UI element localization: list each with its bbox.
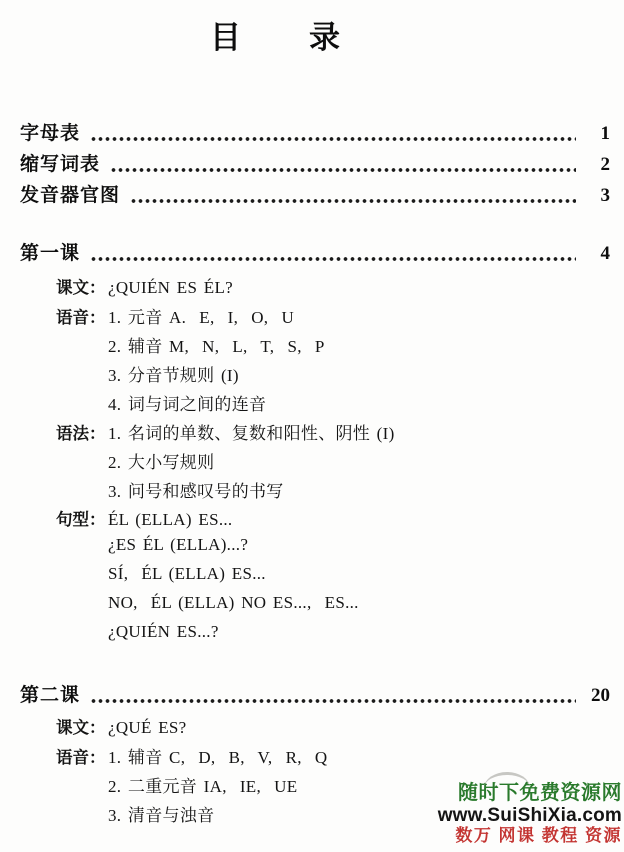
line-text: ¿ES ÉL (ELLA)...? — [108, 535, 248, 555]
entry-label: 字母表 — [20, 118, 80, 145]
line-label: 语法： — [56, 420, 108, 444]
toc-page: 目 录 字母表 1 缩写词表 2 发音器官图 3 第一课 4 — [0, 0, 624, 852]
entry-label: 发音器官图 — [20, 180, 120, 207]
lesson-title: 第二课 — [20, 680, 80, 707]
line-text: 3. 清音与浊音 — [108, 801, 214, 826]
dot-leader — [90, 256, 576, 262]
line-text: ÉL (ELLA) ES... — [108, 510, 232, 530]
page-number: 2 — [584, 154, 624, 176]
line-text: ¿QUÉ ES? — [108, 718, 187, 738]
lesson-line: 3. 问号和感叹号的书写 — [0, 477, 624, 506]
lesson-line: 2. 辅音 M, N, L, T, S, P — [0, 332, 624, 361]
line-text: 3. 问号和感叹号的书写 — [108, 477, 284, 502]
toc-entry-row: 字母表 1 — [0, 118, 624, 149]
line-text: SÍ, ÉL (ELLA) ES... — [108, 564, 266, 584]
lesson-line: ¿ES ÉL (ELLA)...? — [0, 535, 624, 564]
page-number: 4 — [584, 243, 624, 265]
line-text: 2. 辅音 M, N, L, T, S, P — [108, 332, 325, 357]
line-label: 课文： — [56, 714, 108, 738]
lesson-line: 4. 词与词之间的连音 — [0, 390, 624, 419]
watermark-url: www.SuiShiXia.com — [438, 805, 622, 826]
page-number: 1 — [584, 123, 624, 145]
line-text: 1. 名词的单数、复数和阳性、阴性 (I) — [108, 419, 395, 444]
toc-entry-row: 发音器官图 3 — [0, 180, 624, 211]
line-text: 4. 词与词之间的连音 — [108, 390, 266, 415]
line-text: 2. 二重元音 IA, IE, UE — [108, 772, 297, 797]
watermark-tagline: 数万 网课 教程 资源 — [438, 826, 622, 845]
toc-body: 字母表 1 缩写词表 2 发音器官图 3 第一课 4 课文： ¿QUIÉN ES… — [0, 118, 624, 830]
line-label: 课文： — [56, 274, 108, 298]
lesson-1-lines: 课文： ¿QUIÉN ES ÉL? 语音： 1. 元音 A. E, I, O, … — [0, 274, 624, 651]
page-number: 20 — [584, 685, 624, 707]
toc-entry-row: 缩写词表 2 — [0, 149, 624, 180]
lesson-line: 3. 分音节规则 (I) — [0, 361, 624, 390]
page-number: 3 — [584, 185, 624, 207]
line-text: ¿QUIÉN ES ÉL? — [108, 278, 233, 298]
lesson-line: 句型： ÉL (ELLA) ES... — [0, 506, 624, 535]
watermark: 随时下免费资源网 www.SuiShiXia.com 数万 网课 教程 资源 — [438, 782, 622, 845]
dot-leader — [110, 167, 576, 173]
dot-leader — [90, 136, 576, 142]
line-text: 1. 辅音 C, D, B, V, R, Q — [108, 743, 327, 768]
lesson-line: SÍ, ÉL (ELLA) ES... — [0, 564, 624, 593]
line-label: 语音： — [56, 744, 108, 768]
line-label: 句型： — [56, 506, 108, 530]
page-title: 目 录 — [210, 12, 342, 57]
lesson-line: 语音： 1. 元音 A. E, I, O, U — [0, 303, 624, 332]
lesson-line: 语法： 1. 名词的单数、复数和阳性、阴性 (I) — [0, 419, 624, 448]
line-text: 2. 大小写规则 — [108, 448, 214, 473]
lesson-2-header: 第二课 20 — [0, 680, 624, 711]
line-text: NO, ÉL (ELLA) NO ES..., ES... — [108, 593, 359, 613]
line-text: 3. 分音节规则 (I) — [108, 361, 239, 386]
lesson-line: 课文： ¿QUÉ ES? — [0, 714, 624, 743]
lesson-1-header: 第一课 4 — [0, 238, 624, 269]
line-label: 语音： — [56, 304, 108, 328]
lesson-title: 第一课 — [20, 238, 80, 265]
line-text: ¿QUIÉN ES...? — [108, 622, 219, 642]
lesson-line: 课文： ¿QUIÉN ES ÉL? — [0, 274, 624, 303]
line-text: 1. 元音 A. E, I, O, U — [108, 303, 294, 328]
dot-leader — [90, 698, 576, 704]
lesson-line: 2. 大小写规则 — [0, 448, 624, 477]
lesson-line: ¿QUIÉN ES...? — [0, 622, 624, 651]
dot-leader — [130, 198, 576, 204]
lesson-line: NO, ÉL (ELLA) NO ES..., ES... — [0, 593, 624, 622]
lesson-line: 语音： 1. 辅音 C, D, B, V, R, Q — [0, 743, 624, 772]
entry-label: 缩写词表 — [20, 149, 100, 176]
